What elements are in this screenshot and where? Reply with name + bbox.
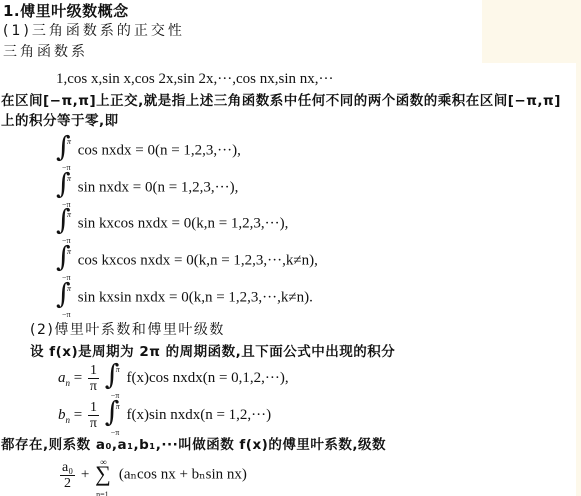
integral-equation-5: ∫ π −π sin kxsin nxdx = 0(k,n = 1,2,3,··…: [56, 283, 313, 317]
cream-margin-right: [576, 63, 581, 496]
integral-icon: ∫ π −π: [56, 209, 74, 239]
integral-equation-4: ∫ π −π cos kxcos nxdx = 0(k,n = 1,2,3,··…: [56, 246, 318, 280]
integral-icon: ∫ π −π: [105, 401, 123, 431]
subsection2-title: (2)傅里叶系数和傅里叶级数: [30, 321, 225, 339]
integral-icon: ∫ π −π: [56, 136, 74, 166]
trig-system-label: 三角函数系: [3, 43, 88, 61]
orthogonality-description-1: 在区间[−π,π]上正交,就是指上述三角函数系中任何不同的两个函数的乘积在区间[…: [1, 92, 561, 110]
fourier-conclusion: 都存在,则系数 a₀,a₁,b₁,···叫做函数 f(x)的傅里叶系数,级数: [1, 436, 386, 454]
trig-system-formula: 1,cos x,sin x,cos 2x,sin 2x,···,cos nx,s…: [56, 70, 333, 88]
fourier-series-formula: a₀2 + ∞ ∑ n=1 (aₙcos nx + bₙsin nx): [58, 455, 247, 495]
fraction: a₀2: [60, 460, 75, 491]
section-title: 1.傅里叶级数概念: [3, 2, 129, 20]
fourier-intro: 设 f(x)是周期为 2π 的周期函数,且下面公式中出现的积分: [30, 343, 395, 361]
integral-equation-1: ∫ π −π cos nxdx = 0(n = 1,2,3,···),: [56, 136, 241, 170]
an-coefficient-formula: an = 1π ∫ π −π f(x)cos nxdx(n = 0,1,2,··…: [58, 363, 289, 399]
integral-icon: ∫ π −π: [56, 246, 74, 276]
integral-equation-3: ∫ π −π sin kxcos nxdx = 0(k,n = 1,2,3,··…: [56, 209, 288, 243]
summation-icon: ∞ ∑ n=1: [93, 455, 115, 495]
cream-margin-top: [482, 0, 581, 63]
integral-equation-2: ∫ π −π sin nxdx = 0(n = 1,2,3,···),: [56, 173, 238, 207]
fraction: 1π: [88, 400, 99, 431]
integral-icon: ∫ π −π: [56, 173, 74, 203]
integral-icon: ∫ π −π: [105, 364, 123, 394]
bn-coefficient-formula: bn = 1π ∫ π −π f(x)sin nxdx(n = 1,2,···): [58, 400, 271, 436]
orthogonality-description-2: 上的积分等于零,即: [1, 112, 119, 130]
subsection1-title: (1)三角函数系的正交性: [3, 22, 185, 40]
integral-icon: ∫ π −π: [56, 283, 74, 313]
fraction: 1π: [88, 363, 99, 394]
